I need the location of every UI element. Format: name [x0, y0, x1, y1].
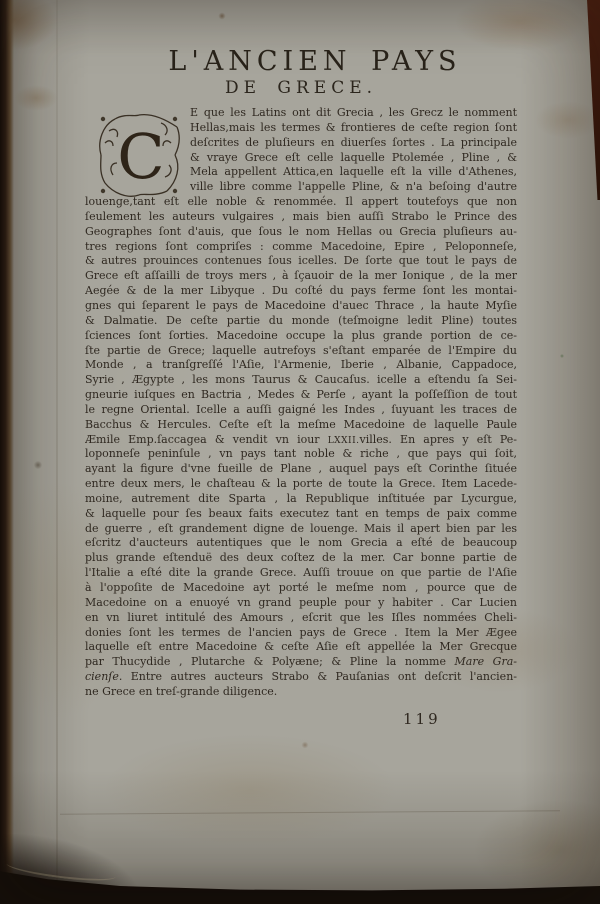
- text-line: & vraye Grece eſt celle laquelle Ptolemé…: [190, 151, 517, 166]
- text-line: le regne Oriental. Icelle a auſſi gaigné…: [85, 403, 517, 418]
- text-line: ſciences ſont ſorties. Macedoine occupe …: [85, 329, 517, 344]
- text-line: ſte partie de Grece; laquelle autrefoys …: [85, 344, 517, 359]
- book-page-photo: L'ANCIEN PAYS DE GRECE.: [0, 0, 600, 904]
- text-line: & laquelle pour ſes beaux faits executez…: [85, 507, 517, 522]
- text-line: gneurie iuſques en Bactria , Medes & Per…: [85, 388, 517, 403]
- text-line: eſcritz d'aucteurs autentiques que le no…: [85, 536, 517, 551]
- text-line: E que les Latins ont dit Grecia , les Gr…: [190, 106, 517, 121]
- text-line: par Thucydide , Plutarche & Polyæne; & P…: [85, 655, 517, 670]
- text-line: deſcrites de pluſieurs en diuerſes ſorte…: [190, 136, 517, 151]
- body-text: E que les Latins ont dit Grecia , les Gr…: [85, 106, 517, 700]
- text-line: Syrie , Ægypte , les mons Taurus & Cauca…: [85, 373, 517, 388]
- text-line: à l'oppoſite de Macedoine ayt porté le m…: [85, 581, 517, 596]
- text-line: loponneſe peninſule , vn pays tant noble…: [85, 447, 517, 462]
- text-line: Hellas,mais les termes & frontieres de c…: [190, 121, 517, 136]
- text-line: ne Grece en treſ-grande diligence.: [85, 685, 517, 700]
- text-line: en vn liuret intitulé des Amours , eſcri…: [85, 611, 517, 626]
- text-line: ſeulement les auteurs vulgaires , mais b…: [85, 210, 517, 225]
- text-line: de guerre , eſt grandement digne de loue…: [85, 522, 517, 537]
- text-line: & autres prouinces contenues ſous icelle…: [85, 254, 517, 269]
- text-line: cienſe. Entre autres aucteurs Strabo & P…: [85, 670, 517, 685]
- page-subtitle: DE GRECE.: [85, 78, 517, 98]
- text-line: entre deux mers, le chaſteau & la porte …: [85, 477, 517, 492]
- book-cover-right-edge: [582, 0, 600, 200]
- text-line: tres regions ſont compriſes : comme Mace…: [85, 240, 517, 255]
- text-line: Monde , a tranſgreſſé l'Aſie, l'Armenie,…: [85, 358, 517, 373]
- page-number: 119: [403, 710, 441, 728]
- text-line: Geographes ſont d'auis, que ſous le nom …: [85, 225, 517, 240]
- paper-crease-line: [60, 810, 560, 814]
- text-line: Aegée & de la mer Libyque . Du coſté du …: [85, 284, 517, 299]
- page-title: L'ANCIEN PAYS: [99, 46, 531, 77]
- paper-fold-line: [56, 0, 58, 904]
- text-line: laquelle eſt entre Macedoine & ceſte Aſi…: [85, 640, 517, 655]
- text-line: & Dalmatie. De ceſte partie du monde (te…: [85, 314, 517, 329]
- text-line: l'Italie a eſté dite la grande Grece. Au…: [85, 566, 517, 581]
- text-line: louenge,tant eſt elle noble & renommée. …: [85, 195, 517, 210]
- text-line: ville libre comme l'appelle Pline, & n'a…: [190, 180, 517, 195]
- text-line: ayant la figure d'vne fueille de Plane ,…: [85, 462, 517, 477]
- text-line: gnes qui ſeparent le pays de Macedoine d…: [85, 299, 517, 314]
- text-line: Grece eſt aſſailli de troys mers , à ſça…: [85, 269, 517, 284]
- text-line: donies ſont les termes de l'ancien pays …: [85, 626, 517, 641]
- text-line: Æmile Emp.ſaccagea & vendit vn iour LXXI…: [85, 433, 517, 448]
- text-line: Mela appellent Attica,en laquelle eſt la…: [190, 165, 517, 180]
- text-line: Bacchus & Hercules. Ceſte eſt la meſme M…: [85, 418, 517, 433]
- text-line: Macedoine on a enuoyé vn grand peuple po…: [85, 596, 517, 611]
- text-line: moine, autrement dite Sparta , la Republ…: [85, 492, 517, 507]
- text-line: plus grande eſtenduë des deux coſtez de …: [85, 551, 517, 566]
- book-binding-left-edge: [0, 0, 14, 904]
